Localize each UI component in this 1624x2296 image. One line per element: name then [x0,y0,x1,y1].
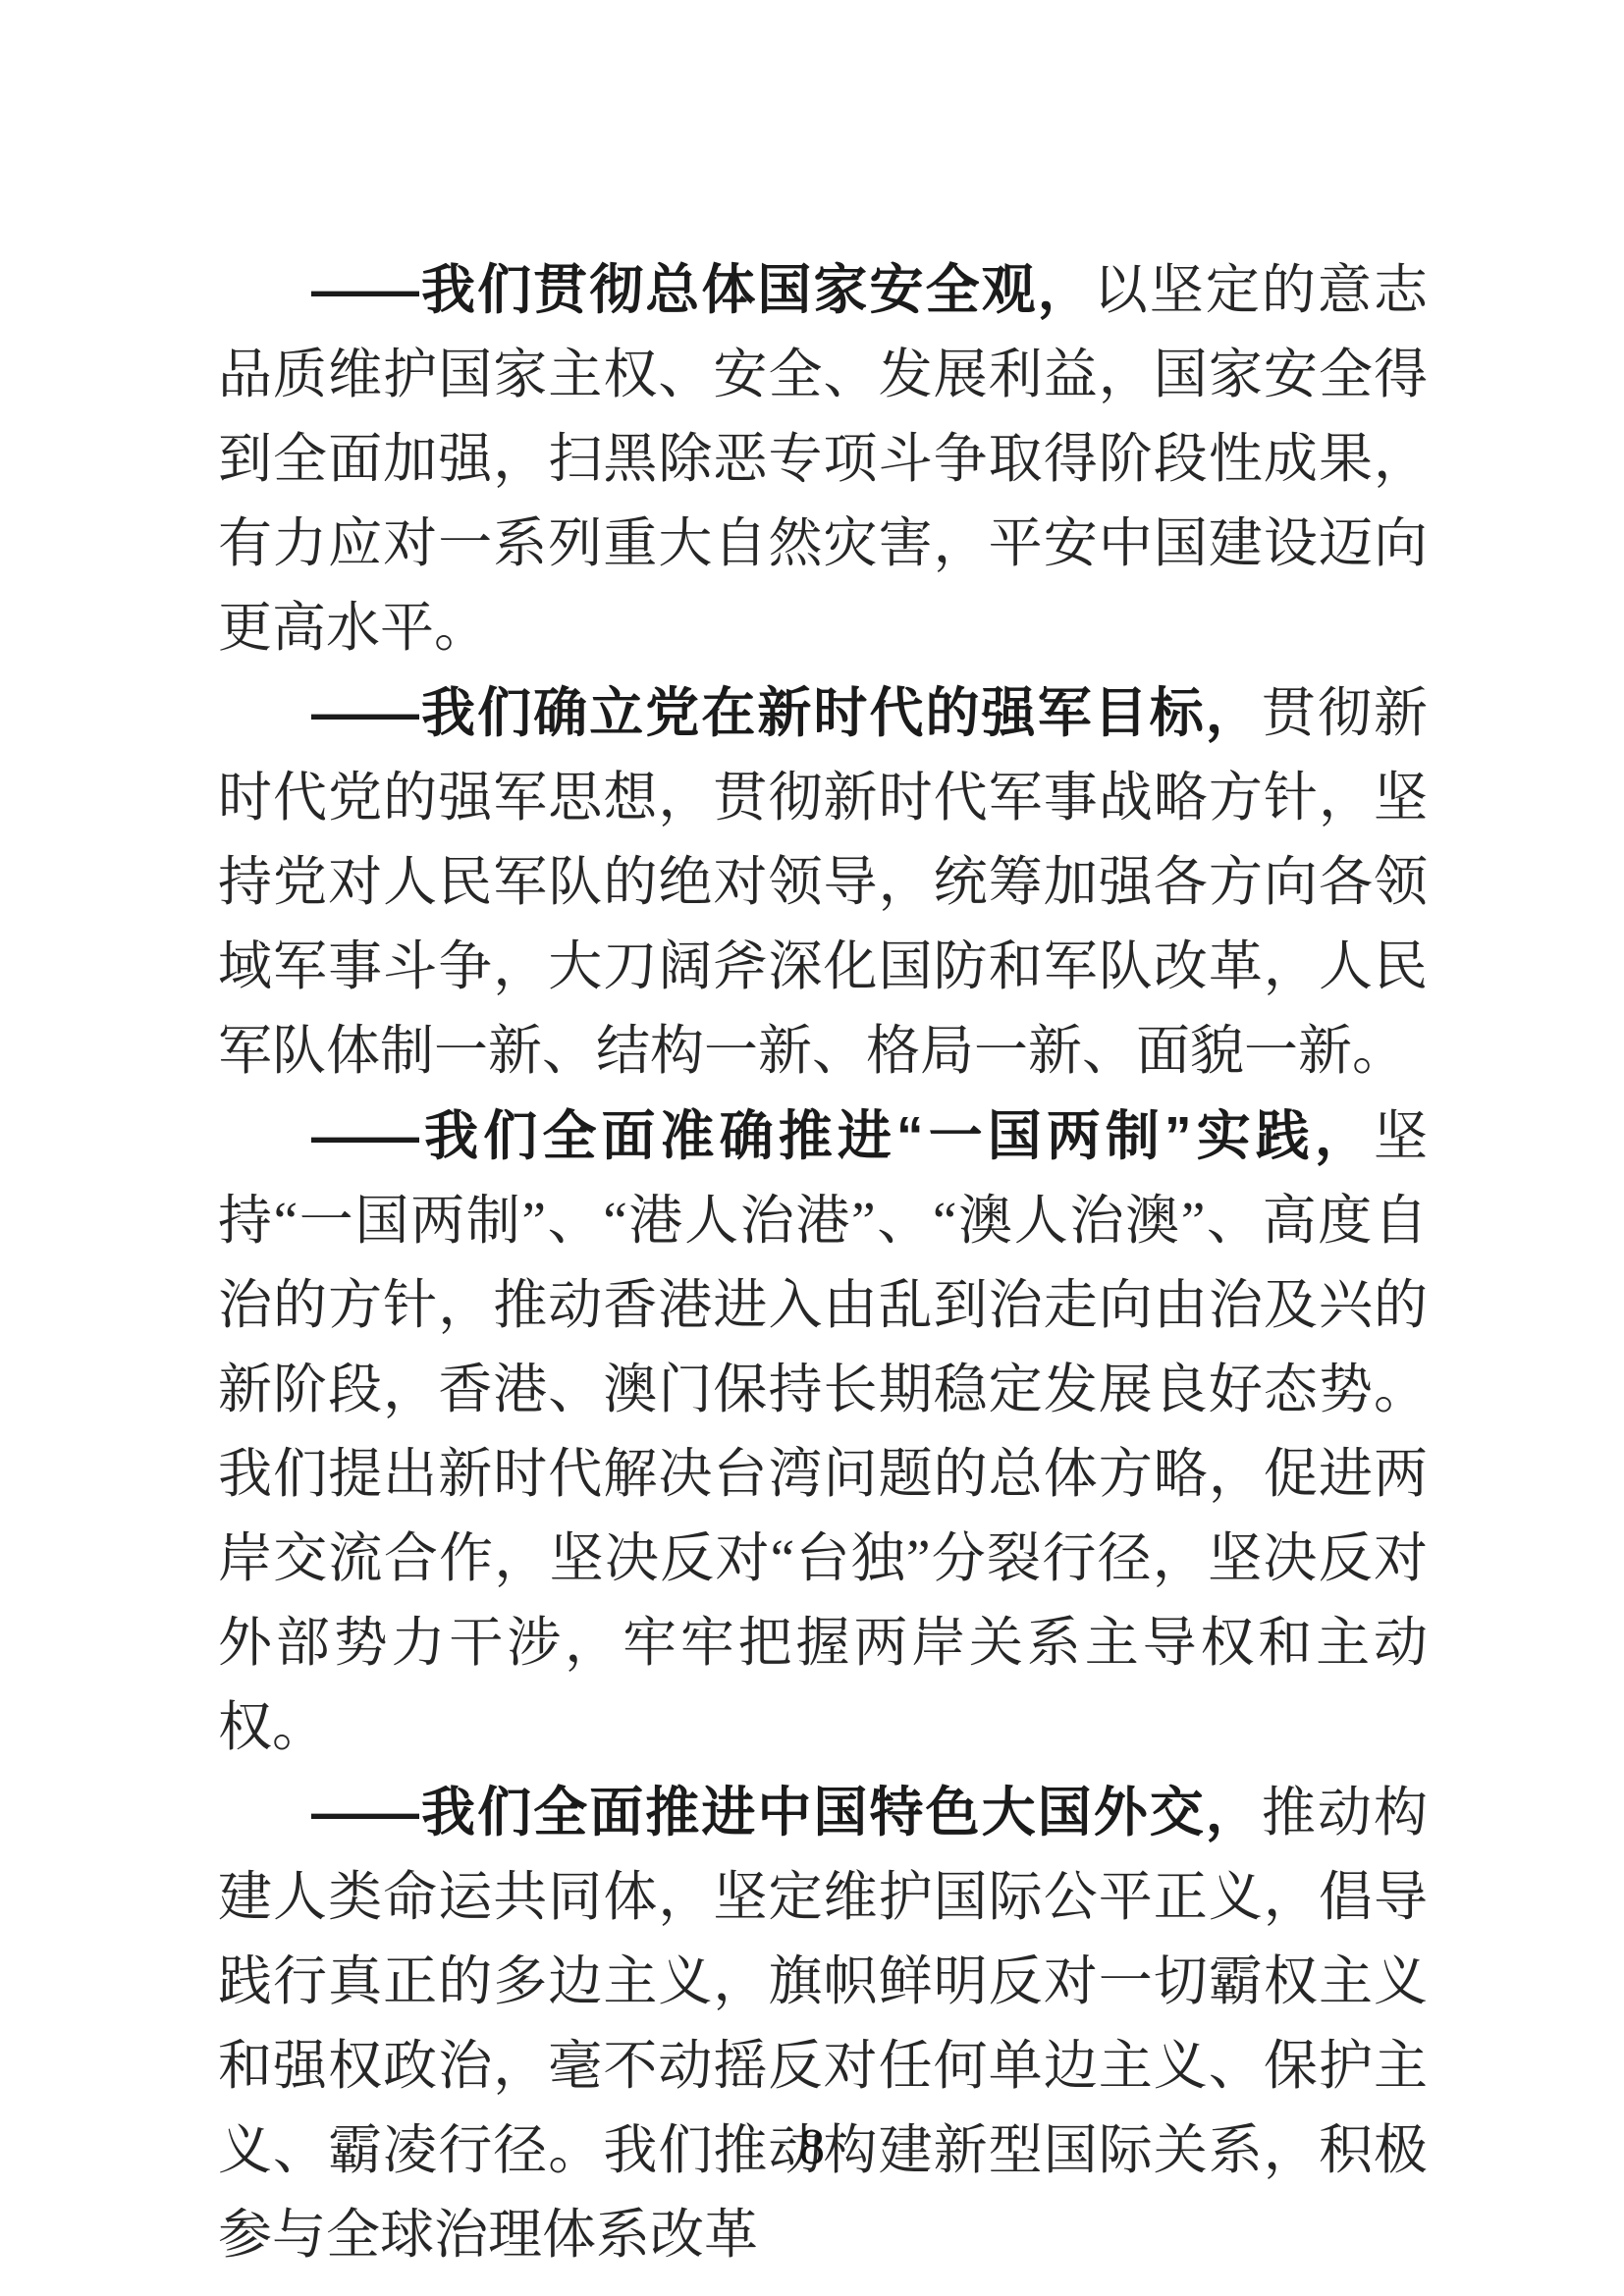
paragraph: ——我们全面准确推进“一国两制”实践，坚持“一国两制”、“港人治港”、“澳人治澳… [218,1094,1428,1770]
paragraph: ——我们贯彻总体国家安全观，以坚定的意志品质维护国家主权、安全、发展利益，国家安… [218,247,1428,670]
page-number: 8 [0,2118,1624,2177]
paragraph-body: 推动构建人类命运共同体，坚定维护国际公平正义，倡导践行真正的多边主义，旗帜鲜明反… [218,1783,1428,2265]
document-page: ——我们贯彻总体国家安全观，以坚定的意志品质维护国家主权、安全、发展利益，国家安… [0,0,1624,2296]
paragraph-lead: ——我们贯彻总体国家安全观， [311,259,1094,320]
paragraph-body: 坚持“一国两制”、“港人治港”、“澳人治澳”、高度自治的方针，推动香港进入由乱到… [218,1106,1428,1757]
page-content: ——我们贯彻总体国家安全观，以坚定的意志品质维护国家主权、安全、发展利益，国家安… [218,247,1428,2277]
paragraph-lead: ——我们全面准确推进“一国两制”实践， [311,1105,1374,1166]
paragraph: ——我们全面推进中国特色大国外交，推动构建人类命运共同体，坚定维护国际公平正义，… [218,1770,1428,2277]
paragraph-lead: ——我们确立党在新时代的强军目标， [311,682,1262,743]
paragraph-lead: ——我们全面推进中国特色大国外交， [311,1782,1262,1842]
paragraph: ——我们确立党在新时代的强军目标，贯彻新时代党的强军思想，贯彻新时代军事战略方针… [218,670,1428,1094]
